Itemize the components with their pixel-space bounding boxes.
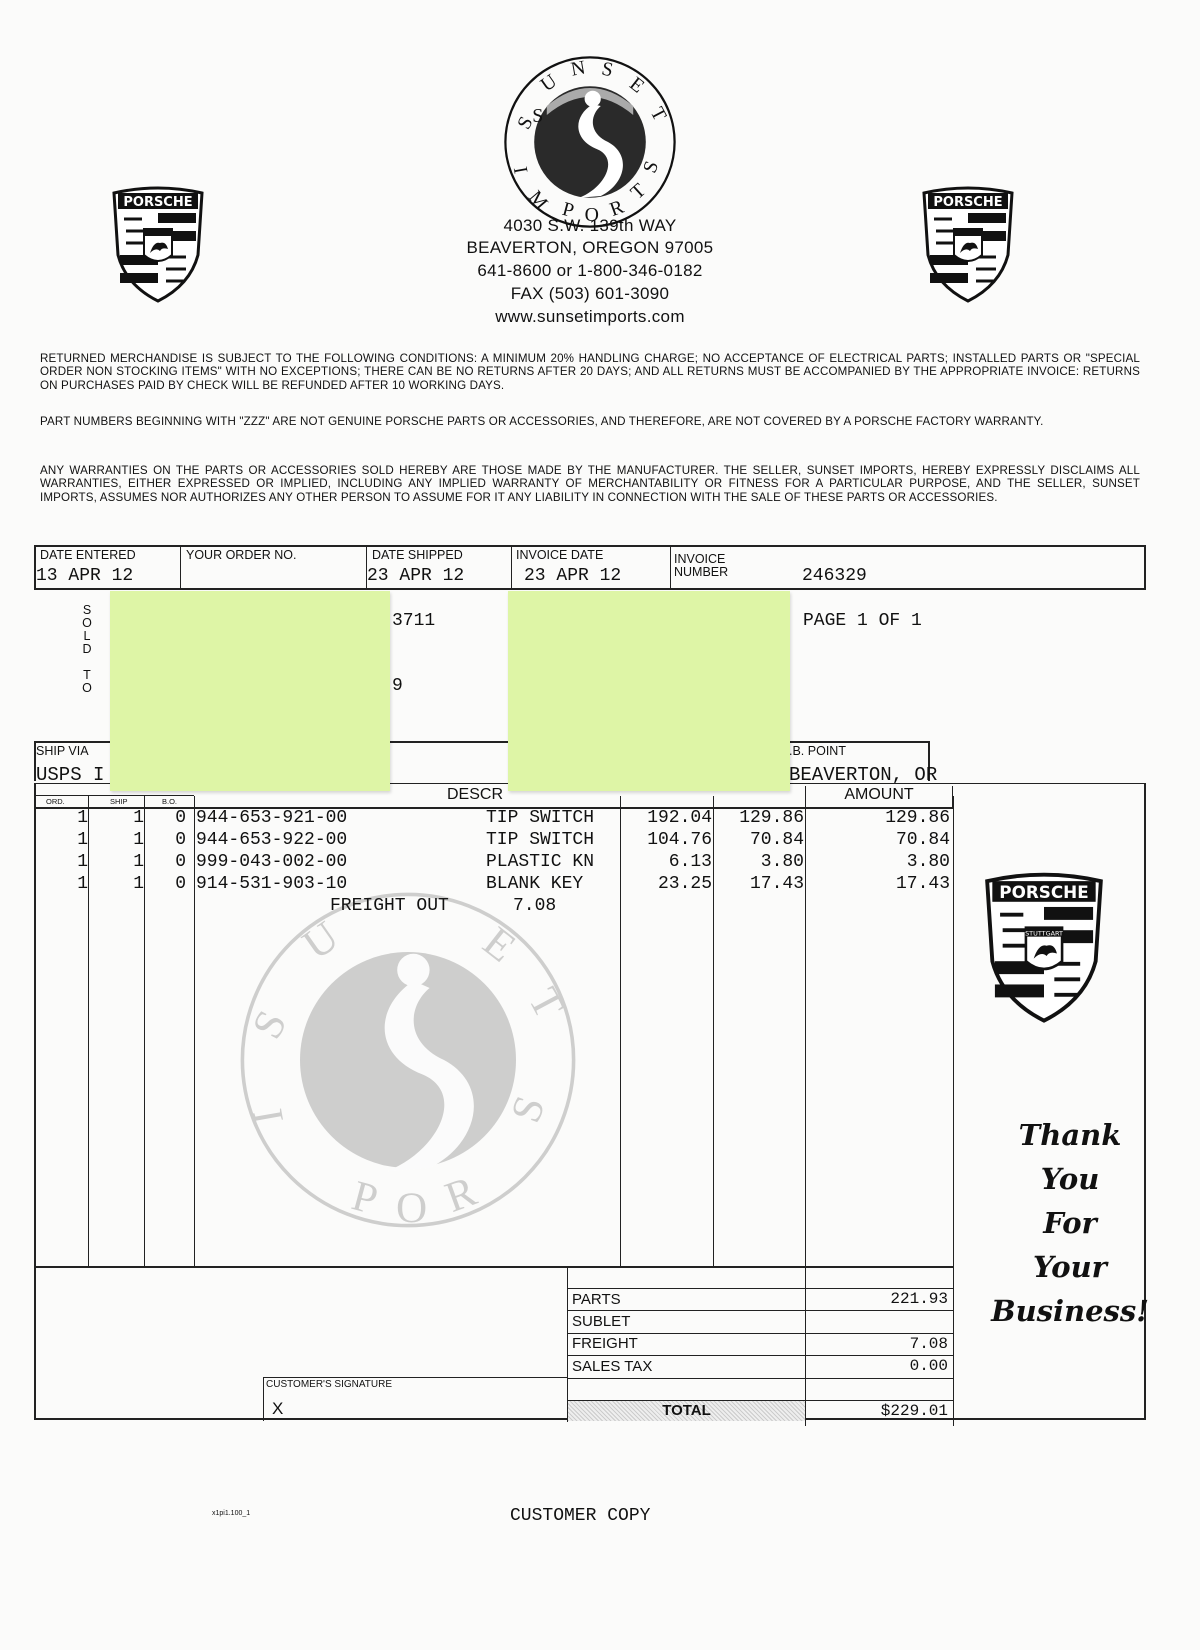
svg-text:PORSCHE: PORSCHE <box>999 882 1088 902</box>
svg-text:T: T <box>519 981 573 1026</box>
svg-text:U: U <box>295 913 348 969</box>
svg-text:PORSCHE: PORSCHE <box>123 195 192 210</box>
line-item-list: 104.76 <box>622 830 712 850</box>
date-entered-label: DATE ENTERED <box>40 548 136 562</box>
porsche-crest-icon-left: PORSCHE <box>110 185 206 303</box>
line-item-part-no: 944-653-921-00 <box>196 808 426 828</box>
line-item-list: 6.13 <box>622 852 712 872</box>
line-item-part-no: 944-653-922-00 <box>196 830 426 850</box>
porsche-crest-icon-table: PORSCHE STUTTGART <box>982 868 1106 1026</box>
line-item-description: PLASTIC KN <box>486 852 620 872</box>
line-item-amount: 70.84 <box>807 830 950 850</box>
svg-text:S: S <box>600 58 615 82</box>
invoice-number-label: INVOICE NUMBER <box>674 553 728 579</box>
svg-text:N: N <box>569 57 587 81</box>
line-item-list: 23.25 <box>622 874 712 894</box>
address-line-2: BEAVERTON, OREGON 97005 <box>400 238 780 258</box>
line-item-description: TIP SWITCH <box>486 830 620 850</box>
svg-text:O: O <box>396 1185 427 1232</box>
thank-you-word: You <box>960 1162 1180 1196</box>
line-item-ship: 1 <box>90 874 144 894</box>
line-item-bo: 0 <box>146 808 186 828</box>
line-item-bo: 0 <box>146 874 186 894</box>
zzz-parts-notice: PART NUMBERS BEGINNING WITH "ZZZ" ARE NO… <box>40 415 1140 428</box>
line-item-amount: 17.43 <box>807 874 950 894</box>
ship-header: SHIP <box>110 797 128 806</box>
invoice-number: 246329 <box>802 566 867 586</box>
sales-tax-label: SALES TAX <box>572 1358 652 1375</box>
ship-via-label: SHIP VIA <box>36 744 89 758</box>
date-shipped: 23 APR 12 <box>367 566 464 586</box>
svg-text:I: I <box>244 1105 293 1127</box>
redaction-sticky-note-left <box>110 591 390 791</box>
line-item-bo: 0 <box>146 830 186 850</box>
svg-text:E: E <box>625 73 648 98</box>
line-item-list: 192.04 <box>622 808 712 828</box>
customer-copy-label: CUSTOMER COPY <box>510 1506 650 1526</box>
svg-text:PORSCHE: PORSCHE <box>933 195 1002 210</box>
line-item-ord: 1 <box>36 874 88 894</box>
total-label: TOTAL <box>568 1402 805 1419</box>
fax-number: FAX (503) 601-3090 <box>400 284 780 304</box>
sunset-imports-watermark: S U E T I P O R S <box>228 880 588 1240</box>
svg-text:T: T <box>626 179 650 203</box>
svg-text:M: M <box>524 186 552 214</box>
svg-text:P: P <box>347 1172 382 1224</box>
line-item-ship: 1 <box>90 830 144 850</box>
line-item-amount: 129.86 <box>807 808 950 828</box>
svg-text:S: S <box>639 158 663 176</box>
svg-text:S: S <box>244 1003 297 1046</box>
signature-label: CUSTOMER'S SIGNATURE <box>266 1379 392 1390</box>
website: www.sunsetimports.com <box>400 307 780 327</box>
svg-text:E: E <box>474 918 524 971</box>
line-item-ship: 1 <box>90 852 144 872</box>
thank-you-word: For <box>960 1206 1180 1240</box>
line-item-amount: 3.80 <box>807 852 950 872</box>
sold-to-fragment-1: 3711 <box>392 611 435 631</box>
grand-total: $229.01 <box>810 1402 948 1420</box>
address-line-1: 4030 S.W. 139th WAY <box>400 216 780 236</box>
signature-mark: X <box>272 1399 283 1419</box>
svg-text:STUTTGART: STUTTGART <box>1025 929 1063 937</box>
returns-policy: RETURNED MERCHANDISE IS SUBJECT TO THE F… <box>40 352 1140 392</box>
line-item-part-no: 999-043-002-00 <box>196 852 426 872</box>
order-no-label: YOUR ORDER NO. <box>186 548 296 562</box>
line-item-net: 129.86 <box>715 808 804 828</box>
sold-to-label: SOLD TO <box>80 604 94 695</box>
invoice-date: 23 APR 12 <box>524 566 621 586</box>
date-shipped-label: DATE SHIPPED <box>372 548 463 562</box>
description-header: DESCR <box>447 786 503 804</box>
svg-text:S: S <box>502 1090 554 1129</box>
freight-total: 7.08 <box>810 1335 948 1353</box>
line-item-ord: 1 <box>36 808 88 828</box>
page-indicator: PAGE 1 OF 1 <box>803 611 922 631</box>
thank-you-word: Business! <box>960 1294 1180 1328</box>
line-item-net: 3.80 <box>715 852 804 872</box>
bo-header: B.O. <box>162 797 177 806</box>
sublet-label: SUBLET <box>572 1313 630 1330</box>
sunset-imports-logo: S S U N S E T I M P O R T S <box>500 52 680 232</box>
svg-text:T: T <box>646 103 671 124</box>
line-item-description: TIP SWITCH <box>486 808 620 828</box>
amount-header: AMOUNT <box>805 786 953 807</box>
sold-to-fragment-2: 9 <box>392 676 403 696</box>
thank-you-word: Thank <box>960 1118 1180 1152</box>
line-item-net: 17.43 <box>715 874 804 894</box>
line-item-net: 70.84 <box>715 830 804 850</box>
invoice-date-label: INVOICE DATE <box>516 548 603 562</box>
date-entered: 13 APR 12 <box>36 566 133 586</box>
redaction-sticky-note-right <box>508 591 790 791</box>
freight-label: FREIGHT <box>572 1335 638 1352</box>
form-code: x1pi1.100_1 <box>212 1510 250 1517</box>
svg-text:I: I <box>510 165 533 175</box>
line-item-bo: 0 <box>146 852 186 872</box>
line-item-ord: 1 <box>36 830 88 850</box>
thank-you-word: Your <box>960 1250 1180 1284</box>
sales-tax-total: 0.00 <box>810 1357 948 1375</box>
fob-point-label: .B. POINT <box>789 744 846 758</box>
line-item-ord: 1 <box>36 852 88 872</box>
porsche-crest-icon-right: PORSCHE <box>920 185 1016 303</box>
warranty-disclaimer: ANY WARRANTIES ON THE PARTS OR ACCESSORI… <box>40 464 1140 504</box>
line-item-ship: 1 <box>90 808 144 828</box>
svg-text:R: R <box>439 1168 482 1222</box>
phone-numbers: 641-8600 or 1-800-346-0182 <box>400 261 780 281</box>
parts-label: PARTS <box>572 1291 621 1308</box>
parts-total: 221.93 <box>810 1290 948 1308</box>
ord-header: ORD. <box>46 797 65 806</box>
